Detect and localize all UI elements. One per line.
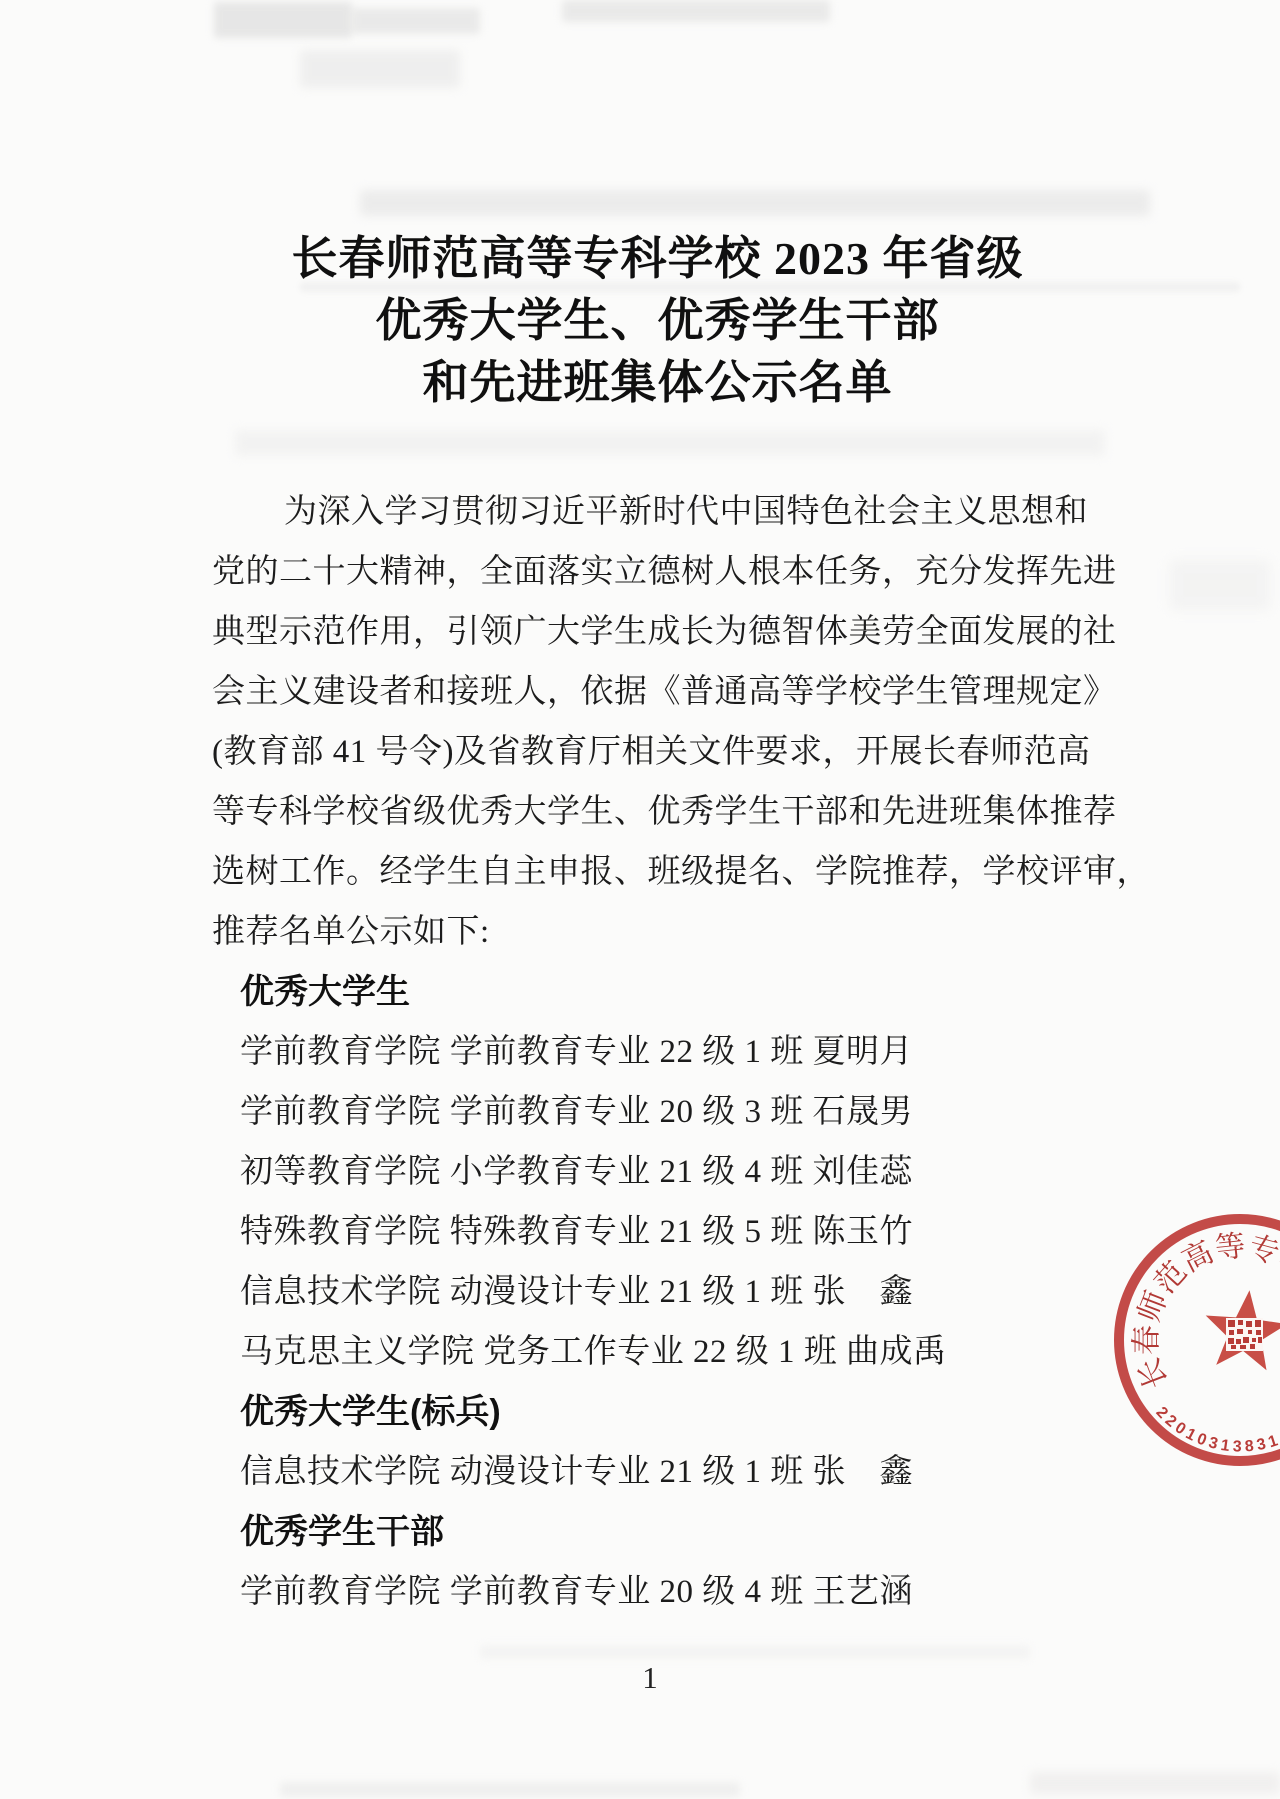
paragraph-line: 典型示范作用，引领广大学生成长为德智体美劳全面发展的社 [212, 602, 1098, 662]
official-seal: 长春师范高等专科学校 [1080, 1180, 1280, 1500]
paragraph-line: 推荐名单公示如下: [212, 902, 1098, 962]
section-heading-outstanding-student-cadres: 优秀学生干部 [240, 1502, 1140, 1562]
bleed-through-ghost [352, 8, 480, 34]
roster-entry: 信息技术学院 动漫设计专业 21 级 1 班 张 鑫 [240, 1262, 1140, 1322]
roster-entry: 学前教育学院 学前教育专业 22 级 1 班 夏明月 [240, 1022, 1140, 1082]
svg-text:3: 3 [1207, 1434, 1220, 1453]
title-line-3: 和先进班集体公示名单 [180, 352, 1135, 414]
roster-entry: 特殊教育学院 特殊教育专业 21 级 5 班 陈玉竹 [240, 1202, 1140, 1262]
paragraph-line: (教育部 41 号令)及省教育厅相关文件要求，开展长春师范高 [212, 722, 1098, 782]
svg-text:等: 等 [1214, 1230, 1247, 1266]
bleed-through-ghost [300, 50, 460, 88]
title-line-1: 长春师范高等专科学校 2023 年省级 [180, 228, 1135, 290]
bleed-through-ghost [360, 190, 1150, 216]
svg-text:8: 8 [1244, 1438, 1254, 1456]
bleed-through-ghost [1030, 1772, 1280, 1794]
bleed-through-ghost [480, 1645, 1030, 1659]
roster: 优秀大学生 学前教育学院 学前教育专业 22 级 1 班 夏明月 学前教育学院 … [240, 962, 1140, 1622]
section-heading-outstanding-students-pacesetter: 优秀大学生(标兵) [240, 1382, 1140, 1442]
page-number: 1 [0, 1660, 1280, 1696]
roster-entry: 马克思主义学院 党务工作专业 22 级 1 班 曲成禹 [240, 1322, 1140, 1382]
scanned-document-page: 长春师范高等专科学校 2023 年省级 优秀大学生、优秀学生干部 和先进班集体公… [0, 0, 1280, 1799]
bleed-through-ghost [562, 0, 830, 22]
seal-qr-code-icon [1226, 1318, 1263, 1351]
svg-text:春: 春 [1131, 1325, 1164, 1355]
svg-text:3: 3 [1233, 1438, 1242, 1455]
svg-text:长: 长 [1132, 1353, 1174, 1393]
intro-paragraph: 为深入学习贯彻习近平新时代中国特色社会主义思想和 党的二十大精神，全面落实立德树… [212, 482, 1098, 962]
bleed-through-ghost [1170, 560, 1270, 610]
bleed-through-ghost [235, 430, 1105, 456]
bleed-through-ghost [280, 1782, 740, 1797]
bleed-through-ghost [214, 2, 352, 38]
paragraph-line: 党的二十大精神，全面落实立德树人根本任务，充分发挥先进 [212, 542, 1098, 602]
document-title: 长春师范高等专科学校 2023 年省级 优秀大学生、优秀学生干部 和先进班集体公… [180, 228, 1135, 414]
svg-text:1: 1 [1266, 1432, 1280, 1451]
paragraph-line: 为深入学习贯彻习近平新时代中国特色社会主义思想和 [212, 482, 1098, 542]
svg-text:1: 1 [1220, 1437, 1231, 1455]
paragraph-line: 选树工作。经学生自主申报、班级提名、学院推荐，学校评审， [212, 842, 1098, 902]
roster-entry: 学前教育学院 学前教育专业 20 级 4 班 王艺涵 [240, 1562, 1140, 1622]
section-heading-outstanding-students: 优秀大学生 [240, 962, 1140, 1022]
roster-entry: 信息技术学院 动漫设计专业 21 级 1 班 张 鑫 [240, 1442, 1140, 1502]
roster-entry: 初等教育学院 小学教育专业 21 级 4 班 刘佳蕊 [240, 1142, 1140, 1202]
svg-text:3: 3 [1255, 1436, 1267, 1454]
svg-text:专: 专 [1245, 1230, 1280, 1270]
seal-serial-number: 22010313831 [1152, 1404, 1280, 1456]
paragraph-line: 会主义建设者和接班人，依据《普通高等学校学生管理规定》 [212, 662, 1098, 722]
title-line-2: 优秀大学生、优秀学生干部 [180, 290, 1135, 352]
paragraph-line: 等专科学校省级优秀大学生、优秀学生干部和先进班集体推荐 [212, 782, 1098, 842]
roster-entry: 学前教育学院 学前教育专业 20 级 3 班 石晟男 [240, 1082, 1140, 1142]
